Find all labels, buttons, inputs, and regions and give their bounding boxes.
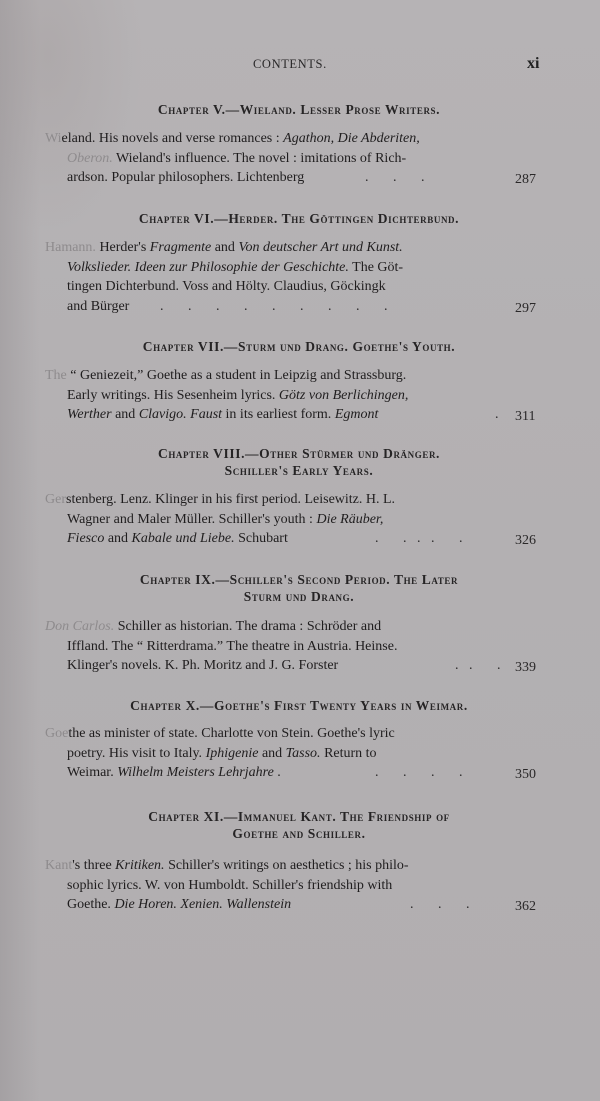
dot-leaders: . [495, 405, 499, 425]
chapter-vii: Chapter VII.—Sturm und Drang. Goethe's Y… [0, 338, 600, 355]
chapter-viii-summary: Gerstenberg. Lenz. Klinger in his first … [45, 490, 501, 549]
summary-line: Don Carlos. Schiller as historian. The d… [45, 617, 501, 637]
summary-line: Iffland. The “ Ritterdrama.” The theatre… [45, 637, 501, 657]
summary-line: Fiesco and Kabale und Liebe. Schubart. .… [45, 529, 501, 549]
dot-leaders: . . . . . [375, 529, 463, 549]
chapter-xi-summary: Kant's three Kritiken. Schiller's writin… [45, 856, 501, 915]
chapter-ix-summary: Don Carlos. Schiller as historian. The d… [45, 617, 501, 676]
chapter-vi: Chapter VI.—Herder. The Göttingen Dichte… [0, 210, 600, 227]
summary-line: Goethe as minister of state. Charlotte v… [45, 724, 501, 744]
chapter-heading: Chapter VIII.—Other Stürmer und Dränger.… [0, 445, 600, 479]
summary-line: tingen Dichterbund. Voss and Hölty. Clau… [45, 277, 501, 297]
chapter-x-summary: Goethe as minister of state. Charlotte v… [45, 724, 501, 783]
summary-line: Wagner and Maler Müller. Schiller's yout… [45, 510, 501, 530]
chapter-vii-summary: The “ Geniezeit,” Goethe as a student in… [45, 366, 501, 425]
summary-line: The “ Geniezeit,” Goethe as a student in… [45, 366, 501, 386]
running-head: CONTENTS. xi [0, 57, 600, 77]
summary-line: poetry. His visit to Italy. Iphigenie an… [45, 744, 501, 764]
chapter-heading: Chapter VI.—Herder. The Göttingen Dichte… [0, 210, 600, 227]
chapter-heading: Chapter XI.—Immanuel Kant. The Friendshi… [0, 808, 600, 842]
dot-leaders: . . . . . . . . . [160, 297, 388, 317]
chapter-heading: Chapter V.—Wieland. Lesser Prose Writers… [0, 101, 600, 118]
chapter-xi: Chapter XI.—Immanuel Kant. The Friendshi… [0, 808, 600, 842]
chapter-page-number: 287 [515, 170, 536, 190]
summary-line: Kant's three Kritiken. Schiller's writin… [45, 856, 501, 876]
chapter-v: Chapter V.—Wieland. Lesser Prose Writers… [0, 101, 600, 118]
summary-line: Weimar. Wilhelm Meisters Lehrjahre .. . … [45, 763, 501, 783]
chapter-v-summary: Wieland. His novels and verse romances :… [45, 129, 501, 188]
chapter-viii: Chapter VIII.—Other Stürmer und Dränger.… [0, 445, 600, 479]
summary-line: sophic lyrics. W. von Humboldt. Schiller… [45, 876, 501, 896]
summary-line: Hamann. Herder's Fragmente and Von deuts… [45, 238, 501, 258]
chapter-page-number: 339 [515, 658, 536, 678]
running-title: CONTENTS. [253, 57, 327, 72]
summary-line: Volkslieder. Ideen zur Philosophie der G… [45, 258, 501, 278]
dot-leaders: . . . [410, 895, 470, 915]
summary-line: Wieland. His novels and verse romances :… [45, 129, 501, 149]
summary-line: Goethe. Die Horen. Xenien. Wallenstein. … [45, 895, 501, 915]
summary-line: Klinger's novels. K. Ph. Moritz and J. G… [45, 656, 501, 676]
summary-line: Werther and Clavigo. Faust in its earlie… [45, 405, 501, 425]
chapter-x: Chapter X.—Goethe's First Twenty Years i… [0, 697, 600, 714]
book-page: CONTENTS. xi Chapter V.—Wieland. Lesser … [0, 0, 600, 1101]
chapter-page-number: 297 [515, 299, 536, 319]
chapter-page-number: 350 [515, 765, 536, 785]
chapter-ix: Chapter IX.—Schiller's Second Period. Th… [0, 571, 600, 605]
dot-leaders: . . . [455, 656, 501, 676]
chapter-heading: Chapter IX.—Schiller's Second Period. Th… [0, 571, 600, 605]
chapter-page-number: 362 [515, 897, 536, 917]
chapter-heading: Chapter VII.—Sturm und Drang. Goethe's Y… [0, 338, 600, 355]
page-number: xi [527, 55, 539, 73]
summary-line: Early writings. His Sesenheim lyrics. Gö… [45, 386, 501, 406]
chapter-heading: Chapter X.—Goethe's First Twenty Years i… [0, 697, 600, 714]
summary-line: and Bürger. . . . . . . . .297 [45, 297, 501, 317]
summary-line: Gerstenberg. Lenz. Klinger in his first … [45, 490, 501, 510]
chapter-vi-summary: Hamann. Herder's Fragmente and Von deuts… [45, 238, 501, 316]
summary-line: ardson. Popular philosophers. Lichtenber… [45, 168, 501, 188]
summary-line: Oberon. Wieland's influence. The novel :… [45, 149, 501, 169]
dot-leaders: . . . [365, 168, 425, 188]
chapter-page-number: 326 [515, 531, 536, 551]
chapter-page-number: 311 [515, 407, 535, 427]
dot-leaders: . . . . [375, 763, 463, 783]
